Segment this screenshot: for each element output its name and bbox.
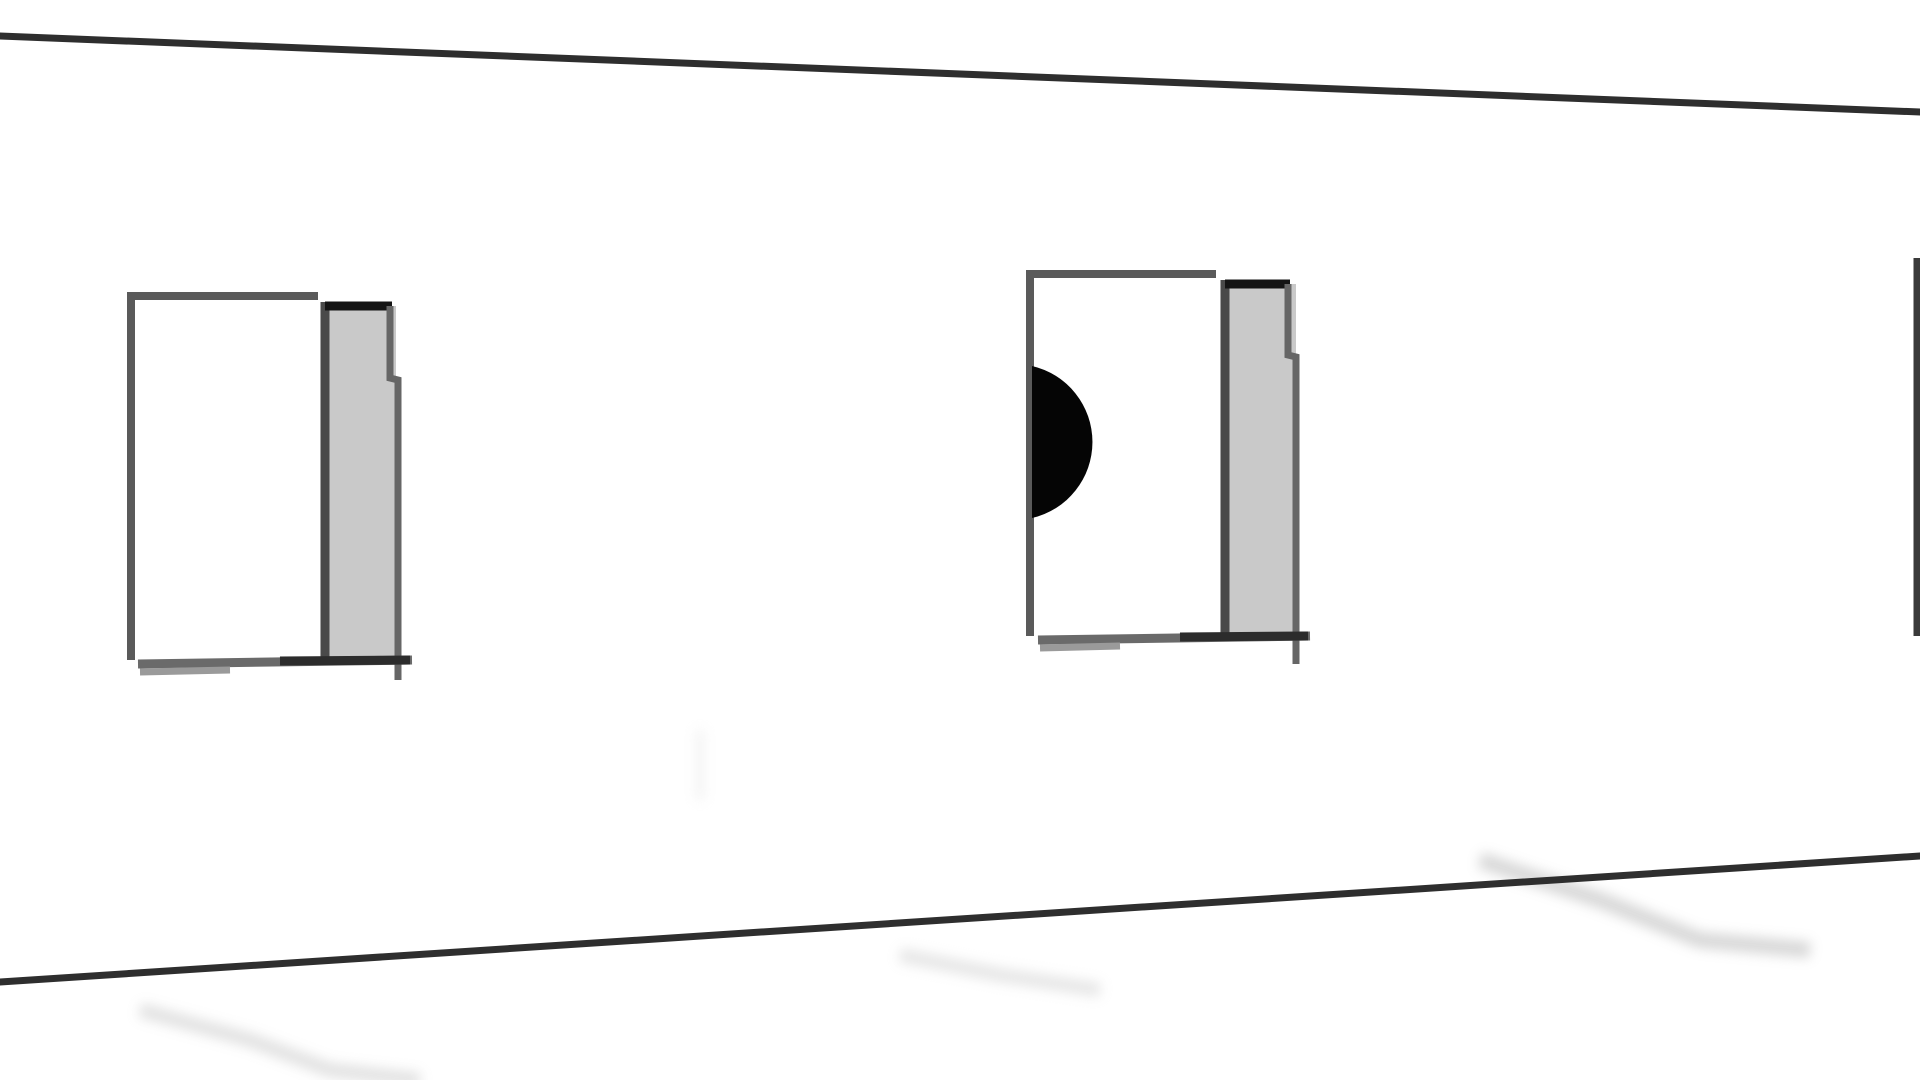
wall-top-edge — [0, 36, 1920, 112]
frame-1-outline — [131, 296, 318, 660]
smudge-left — [140, 1010, 420, 1080]
frame-1-strip — [326, 306, 396, 660]
frame-2-bottom-dark — [1180, 636, 1308, 637]
smudge-middle — [900, 955, 1100, 990]
frame-1 — [131, 296, 412, 680]
frame-1-bottom-dark — [280, 660, 410, 661]
sketch-canvas — [0, 0, 1920, 1080]
door-knob-icon — [1032, 366, 1092, 518]
frame-2-sill — [1040, 646, 1120, 648]
smudges — [140, 730, 1810, 1080]
frame-2 — [1030, 274, 1310, 664]
frame-1-sill — [140, 670, 230, 672]
